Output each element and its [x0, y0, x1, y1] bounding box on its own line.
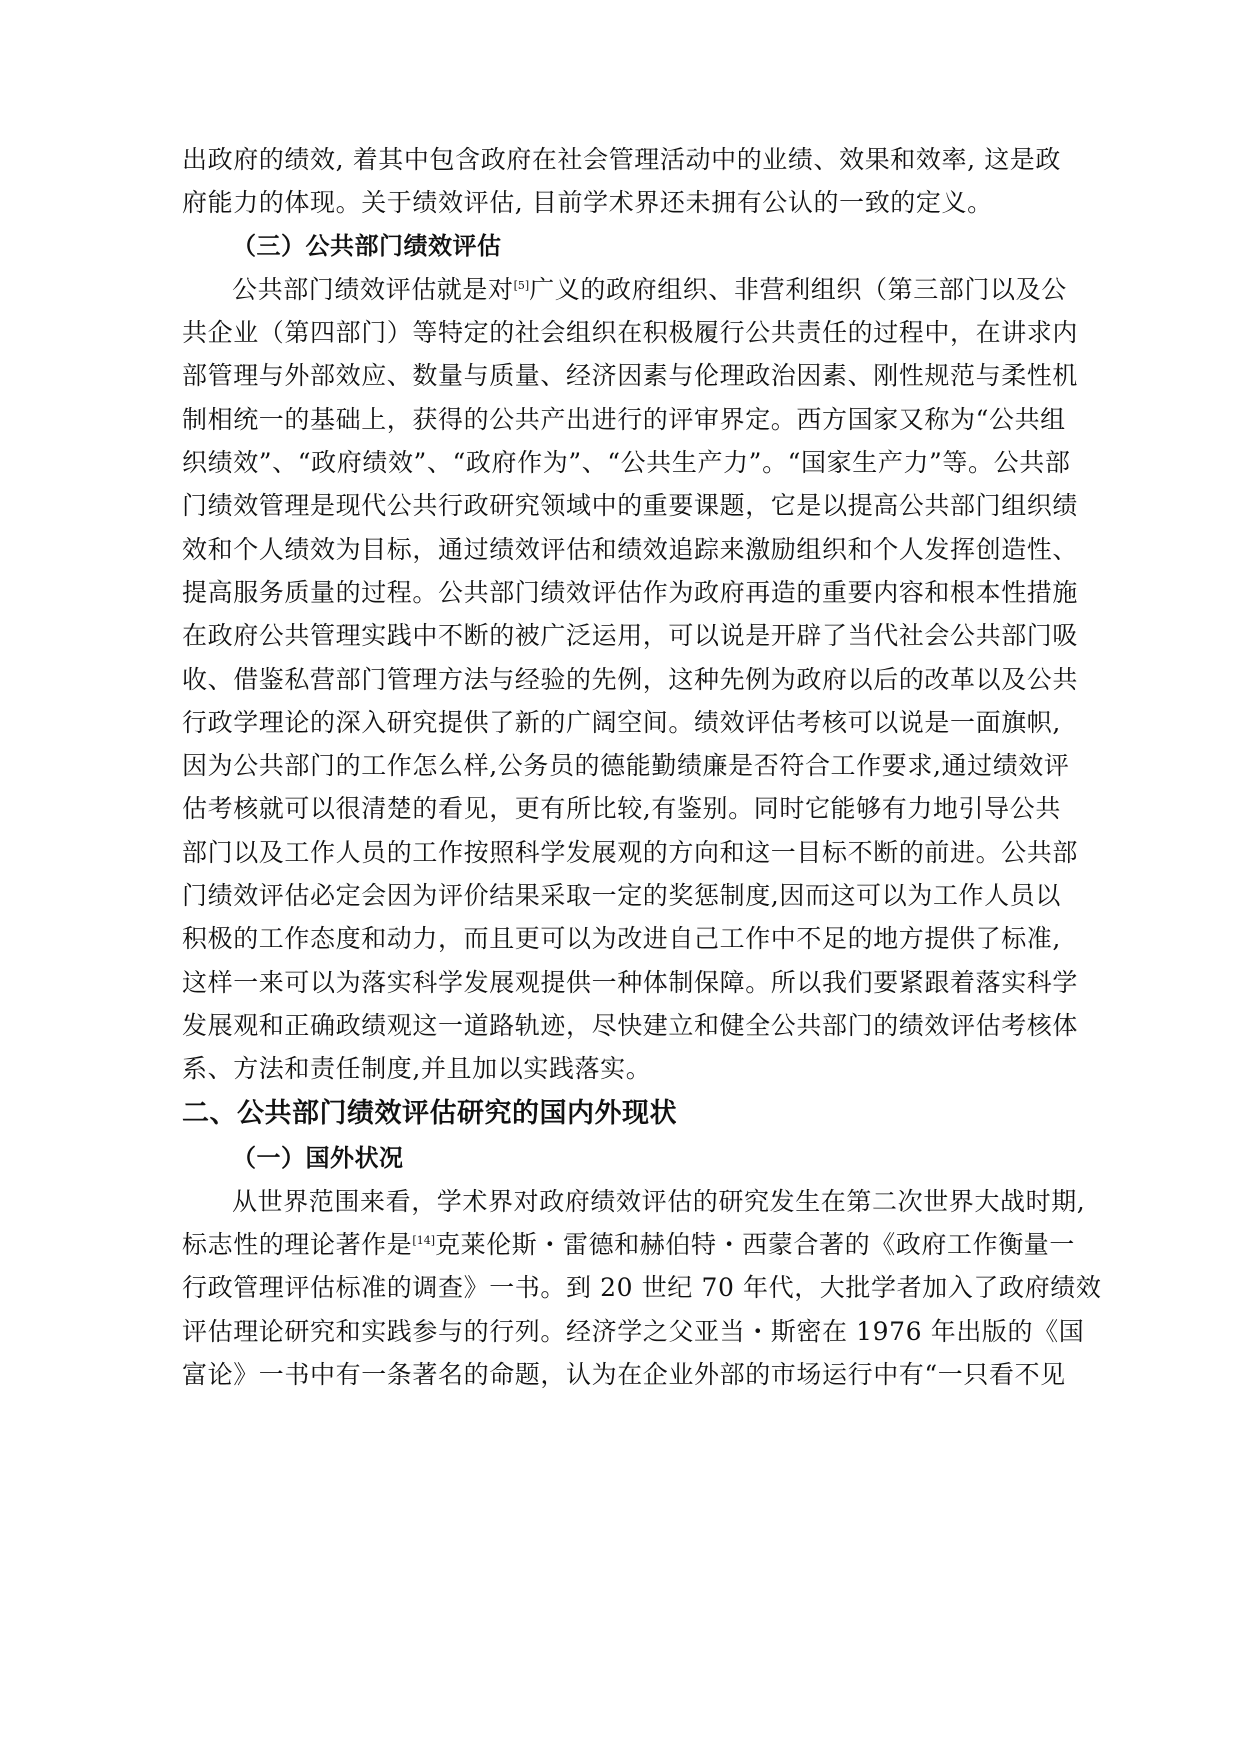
text-segment: 公共部门绩效评估就是对 — [232, 275, 514, 304]
paragraph-line: 从世界范围来看，学术界对政府绩效评估的研究发生在第二次世界大战时期, — [182, 1180, 1042, 1223]
paragraph-line: 标志性的理论著作是[14]克莱伦斯・雷德和赫伯特・西蒙合著的《政府工作衡量一 — [182, 1223, 1042, 1266]
paragraph-line: 积极的工作态度和动力，而且更可以为改进自己工作中不足的地方提供了标准, — [182, 917, 1042, 960]
chapter-heading: 二、公共部门绩效评估研究的国内外现状 — [182, 1091, 1042, 1137]
document-page: 出政府的绩效, 着其中包含政府在社会管理活动中的业绩、效果和效率, 这是政 府能… — [182, 138, 1042, 1396]
paragraph-line: 收、借鉴私营部门管理方法与经验的先例，这种先例为政府以后的改革以及公共 — [182, 658, 1042, 701]
paragraph-line: 共企业（第四部门）等特定的社会组织在积极履行公共责任的过程中，在讲求内 — [182, 311, 1042, 354]
paragraph-line: 公共部门绩效评估就是对[5]广义的政府组织、非营利组织（第三部门以及公 — [182, 268, 1042, 311]
text-segment: 广义的政府组织、非营利组织（第三部门以及公 — [529, 275, 1067, 304]
paragraph-line: 门绩效管理是现代公共行政研究领域中的重要课题，它是以提高公共部门组织绩 — [182, 484, 1042, 527]
text-segment: 标志性的理论著作是 — [182, 1230, 412, 1259]
paragraph-line: 效和个人绩效为目标，通过绩效评估和绩效追踪来激励组织和个人发挥创造性、 — [182, 528, 1042, 571]
paragraph-line: 系、方法和责任制度,并且加以实践落实。 — [182, 1047, 1042, 1090]
paragraph-line: 行政管理评估标准的调查》一书。到 20 世纪 70 年代，大批学者加入了政府绩效 — [182, 1266, 1042, 1309]
paragraph-line: 部管理与外部效应、数量与质量、经济因素与伦理政治因素、刚性规范与柔性机 — [182, 354, 1042, 397]
section-heading: （一）国外状况 — [182, 1137, 1042, 1180]
paragraph-line: 府能力的体现。关于绩效评估, 目前学术界还未拥有公认的一致的定义。 — [182, 181, 1042, 224]
citation-ref: [14] — [412, 1234, 435, 1247]
paragraph-line: 制相统一的基础上，获得的公共产出进行的评审界定。西方国家又称为“公共组 — [182, 398, 1042, 441]
paragraph-line: 行政学理论的深入研究提供了新的广阔空间。绩效评估考核可以说是一面旗帜, — [182, 701, 1042, 744]
paragraph-line: 因为公共部门的工作怎么样,公务员的德能勤绩廉是否符合工作要求,通过绩效评 — [182, 744, 1042, 787]
paragraph-line: 富论》一书中有一条著名的命题，认为在企业外部的市场运行中有“一只看不见 — [182, 1353, 1042, 1396]
paragraph-line: 评估理论研究和实践参与的行列。经济学之父亚当・斯密在 1976 年出版的《国 — [182, 1310, 1042, 1353]
section-heading: （三）公共部门绩效评估 — [182, 225, 1042, 268]
paragraph-line: 这样一来可以为落实科学发展观提供一种体制保障。所以我们要紧跟着落实科学 — [182, 961, 1042, 1004]
paragraph-line: 提高服务质量的过程。公共部门绩效评估作为政府再造的重要内容和根本性措施 — [182, 571, 1042, 614]
paragraph-line: 部门以及工作人员的工作按照科学发展观的方向和这一目标不断的前进。公共部 — [182, 831, 1042, 874]
paragraph-line: 织绩效”、“政府绩效”、“政府作为”、“公共生产力”。“国家生产力”等。公共部 — [182, 441, 1042, 484]
citation-ref: [5] — [514, 279, 530, 292]
paragraph-line: 在政府公共管理实践中不断的被广泛运用，可以说是开辟了当代社会公共部门吸 — [182, 614, 1042, 657]
paragraph-line: 门绩效评估必定会因为评价结果采取一定的奖惩制度,因而这可以为工作人员以 — [182, 874, 1042, 917]
paragraph-line: 出政府的绩效, 着其中包含政府在社会管理活动中的业绩、效果和效率, 这是政 — [182, 138, 1042, 181]
paragraph-line: 发展观和正确政绩观这一道路轨迹，尽快建立和健全公共部门的绩效评估考核体 — [182, 1004, 1042, 1047]
text-segment: 克莱伦斯・雷德和赫伯特・西蒙合著的《政府工作衡量一 — [435, 1230, 1075, 1259]
paragraph-line: 估考核就可以很清楚的看见，更有所比较,有鉴别。同时它能够有力地引导公共 — [182, 787, 1042, 830]
